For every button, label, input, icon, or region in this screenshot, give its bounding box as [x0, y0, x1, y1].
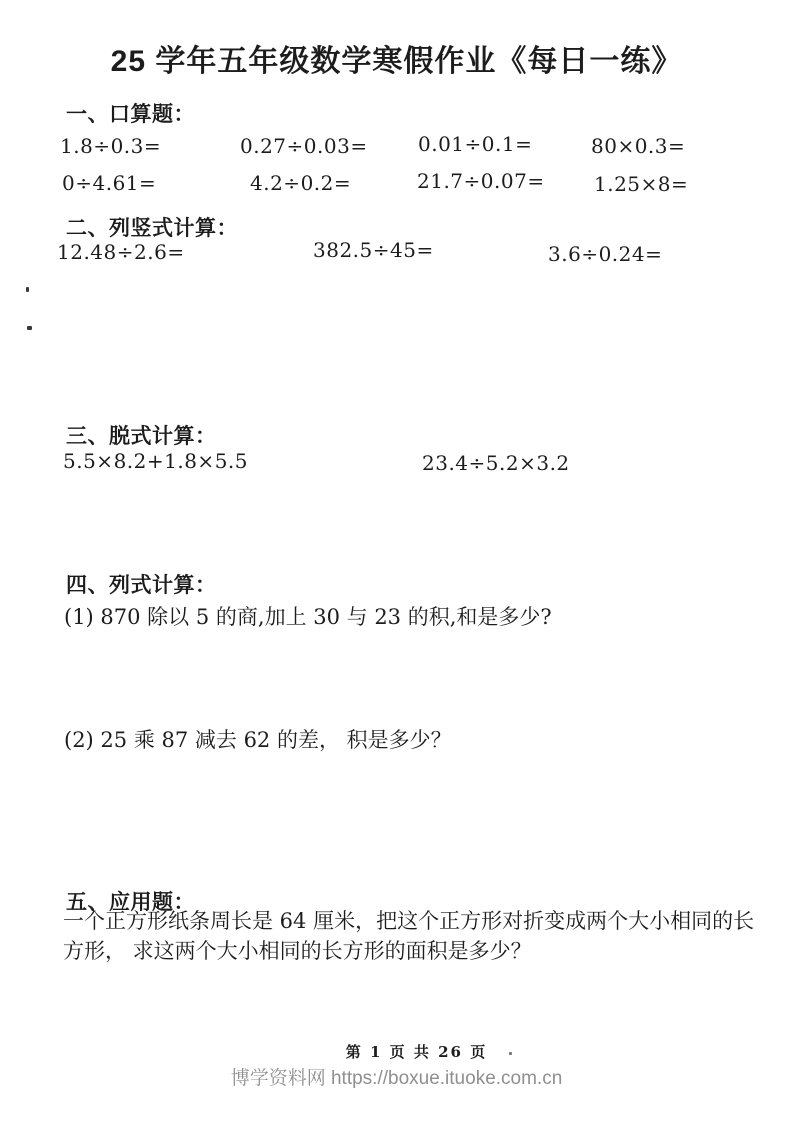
oral-problem-1: 1.8÷0.3=: [60, 134, 161, 158]
watermark-url: 博学资料网 https://boxue.ituoke.com.cn: [0, 1063, 793, 1090]
section-heading-oral: 一、口算题：: [66, 98, 195, 128]
vertical-problem-3: 3.6÷0.24=: [548, 242, 662, 266]
vertical-problem-1: 12.48÷2.6=: [57, 240, 185, 264]
worksheet-page: 25 学年五年级数学寒假作业《每日一练》 一、口算题： 1.8÷0.3= 0.2…: [0, 0, 793, 1122]
section-heading-expression: 四、列式计算：: [66, 569, 217, 599]
scan-speck: [27, 326, 32, 330]
stepwise-problem-2: 23.4÷5.2×3.2: [422, 451, 570, 475]
application-problem-text: 一个正方形纸条周长是 64 厘米，把这个正方形对折变成两个大小相同的长方形， 求…: [63, 906, 765, 966]
section-heading-vertical: 二、列竖式计算：: [66, 212, 238, 242]
page-title: 25 学年五年级数学寒假作业《每日一练》: [0, 36, 793, 80]
oral-problem-4: 80×0.3=: [591, 134, 685, 158]
section-heading-stepwise: 三、脱式计算：: [66, 420, 217, 450]
scan-speck: [26, 287, 29, 292]
vertical-problem-2: 382.5÷45=: [313, 238, 434, 262]
oral-problem-2: 0.27÷0.03=: [240, 134, 368, 158]
page-number-indicator: 第 1 页 共 26 页: [0, 1041, 793, 1062]
stepwise-problem-1: 5.5×8.2+1.8×5.5: [63, 449, 248, 473]
oral-problem-6: 4.2÷0.2=: [250, 171, 351, 195]
oral-problem-8: 1.25×8=: [594, 172, 688, 196]
oral-problem-3: 0.01÷0.1=: [418, 132, 532, 156]
scan-speck: [509, 1052, 512, 1055]
expression-problem-1: (1) 870 除以 5 的商,加上 30 与 23 的积,和是多少?: [64, 601, 552, 631]
oral-problem-5: 0÷4.61=: [62, 171, 156, 195]
oral-problem-7: 21.7÷0.07=: [417, 169, 545, 193]
expression-problem-2: (2) 25 乘 87 减去 62 的差， 积是多少？: [64, 724, 452, 754]
